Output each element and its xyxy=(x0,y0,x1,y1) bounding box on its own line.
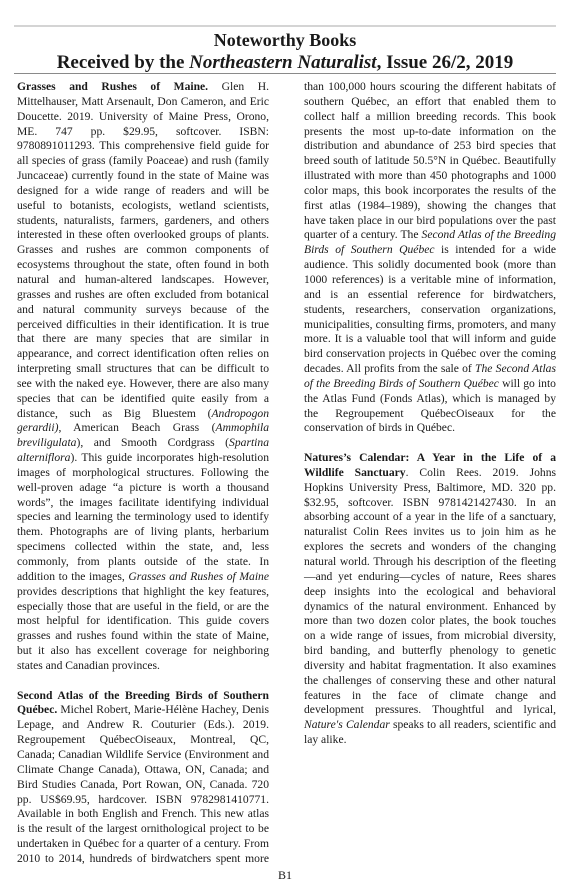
book-title: Grasses and Rushes of Maine. xyxy=(17,80,208,93)
journal-name: Northeastern Naturalist xyxy=(189,52,376,73)
page-header: Noteworthy Books Received by the Northea… xyxy=(14,28,556,75)
description: is intended for a wide audience. This so… xyxy=(304,243,556,375)
book-entry-natures-calendar: Natures’s Calendar: A Year in the Life o… xyxy=(304,451,556,748)
book-title-italic: Grasses and Rushes of Maine xyxy=(128,570,269,583)
entry-text: Grasses and Rushes of Maine. Glen H. Mit… xyxy=(17,80,269,674)
entry-text: Natures’s Calendar: A Year in the Life o… xyxy=(304,451,556,748)
citation: Michel Robert, Marie-Hélène Hachey, Deni… xyxy=(17,703,269,805)
description: , American Beach Grass ( xyxy=(58,421,215,434)
description: ). This guide incorporates high-resoluti… xyxy=(17,451,269,583)
two-column-flow: Grasses and Rushes of Maine. Glen H. Mit… xyxy=(17,80,556,868)
top-rule xyxy=(14,25,556,27)
subtitle-prefix: Received by the xyxy=(57,52,189,73)
subtitle-issue: , Issue 26/2, 2019 xyxy=(377,52,514,73)
description: provides descriptions that highlight the… xyxy=(17,585,269,672)
book-title-italic: Nature's Calendar xyxy=(304,718,390,731)
page-number: B1 xyxy=(0,868,570,883)
book-review-columns: Grasses and Rushes of Maine. Glen H. Mit… xyxy=(17,80,556,868)
page-title: Noteworthy Books xyxy=(14,29,556,51)
description: This comprehensive field guide for all s… xyxy=(17,139,269,419)
description: In an absorbing account of a year in the… xyxy=(304,496,556,717)
book-entry-grasses-rushes-maine: Grasses and Rushes of Maine. Glen H. Mit… xyxy=(17,80,269,674)
description: ), and Smooth Cordgrass ( xyxy=(76,436,229,449)
header-rule xyxy=(14,73,556,74)
page-subtitle: Received by the Northeastern Naturalist,… xyxy=(14,51,556,75)
